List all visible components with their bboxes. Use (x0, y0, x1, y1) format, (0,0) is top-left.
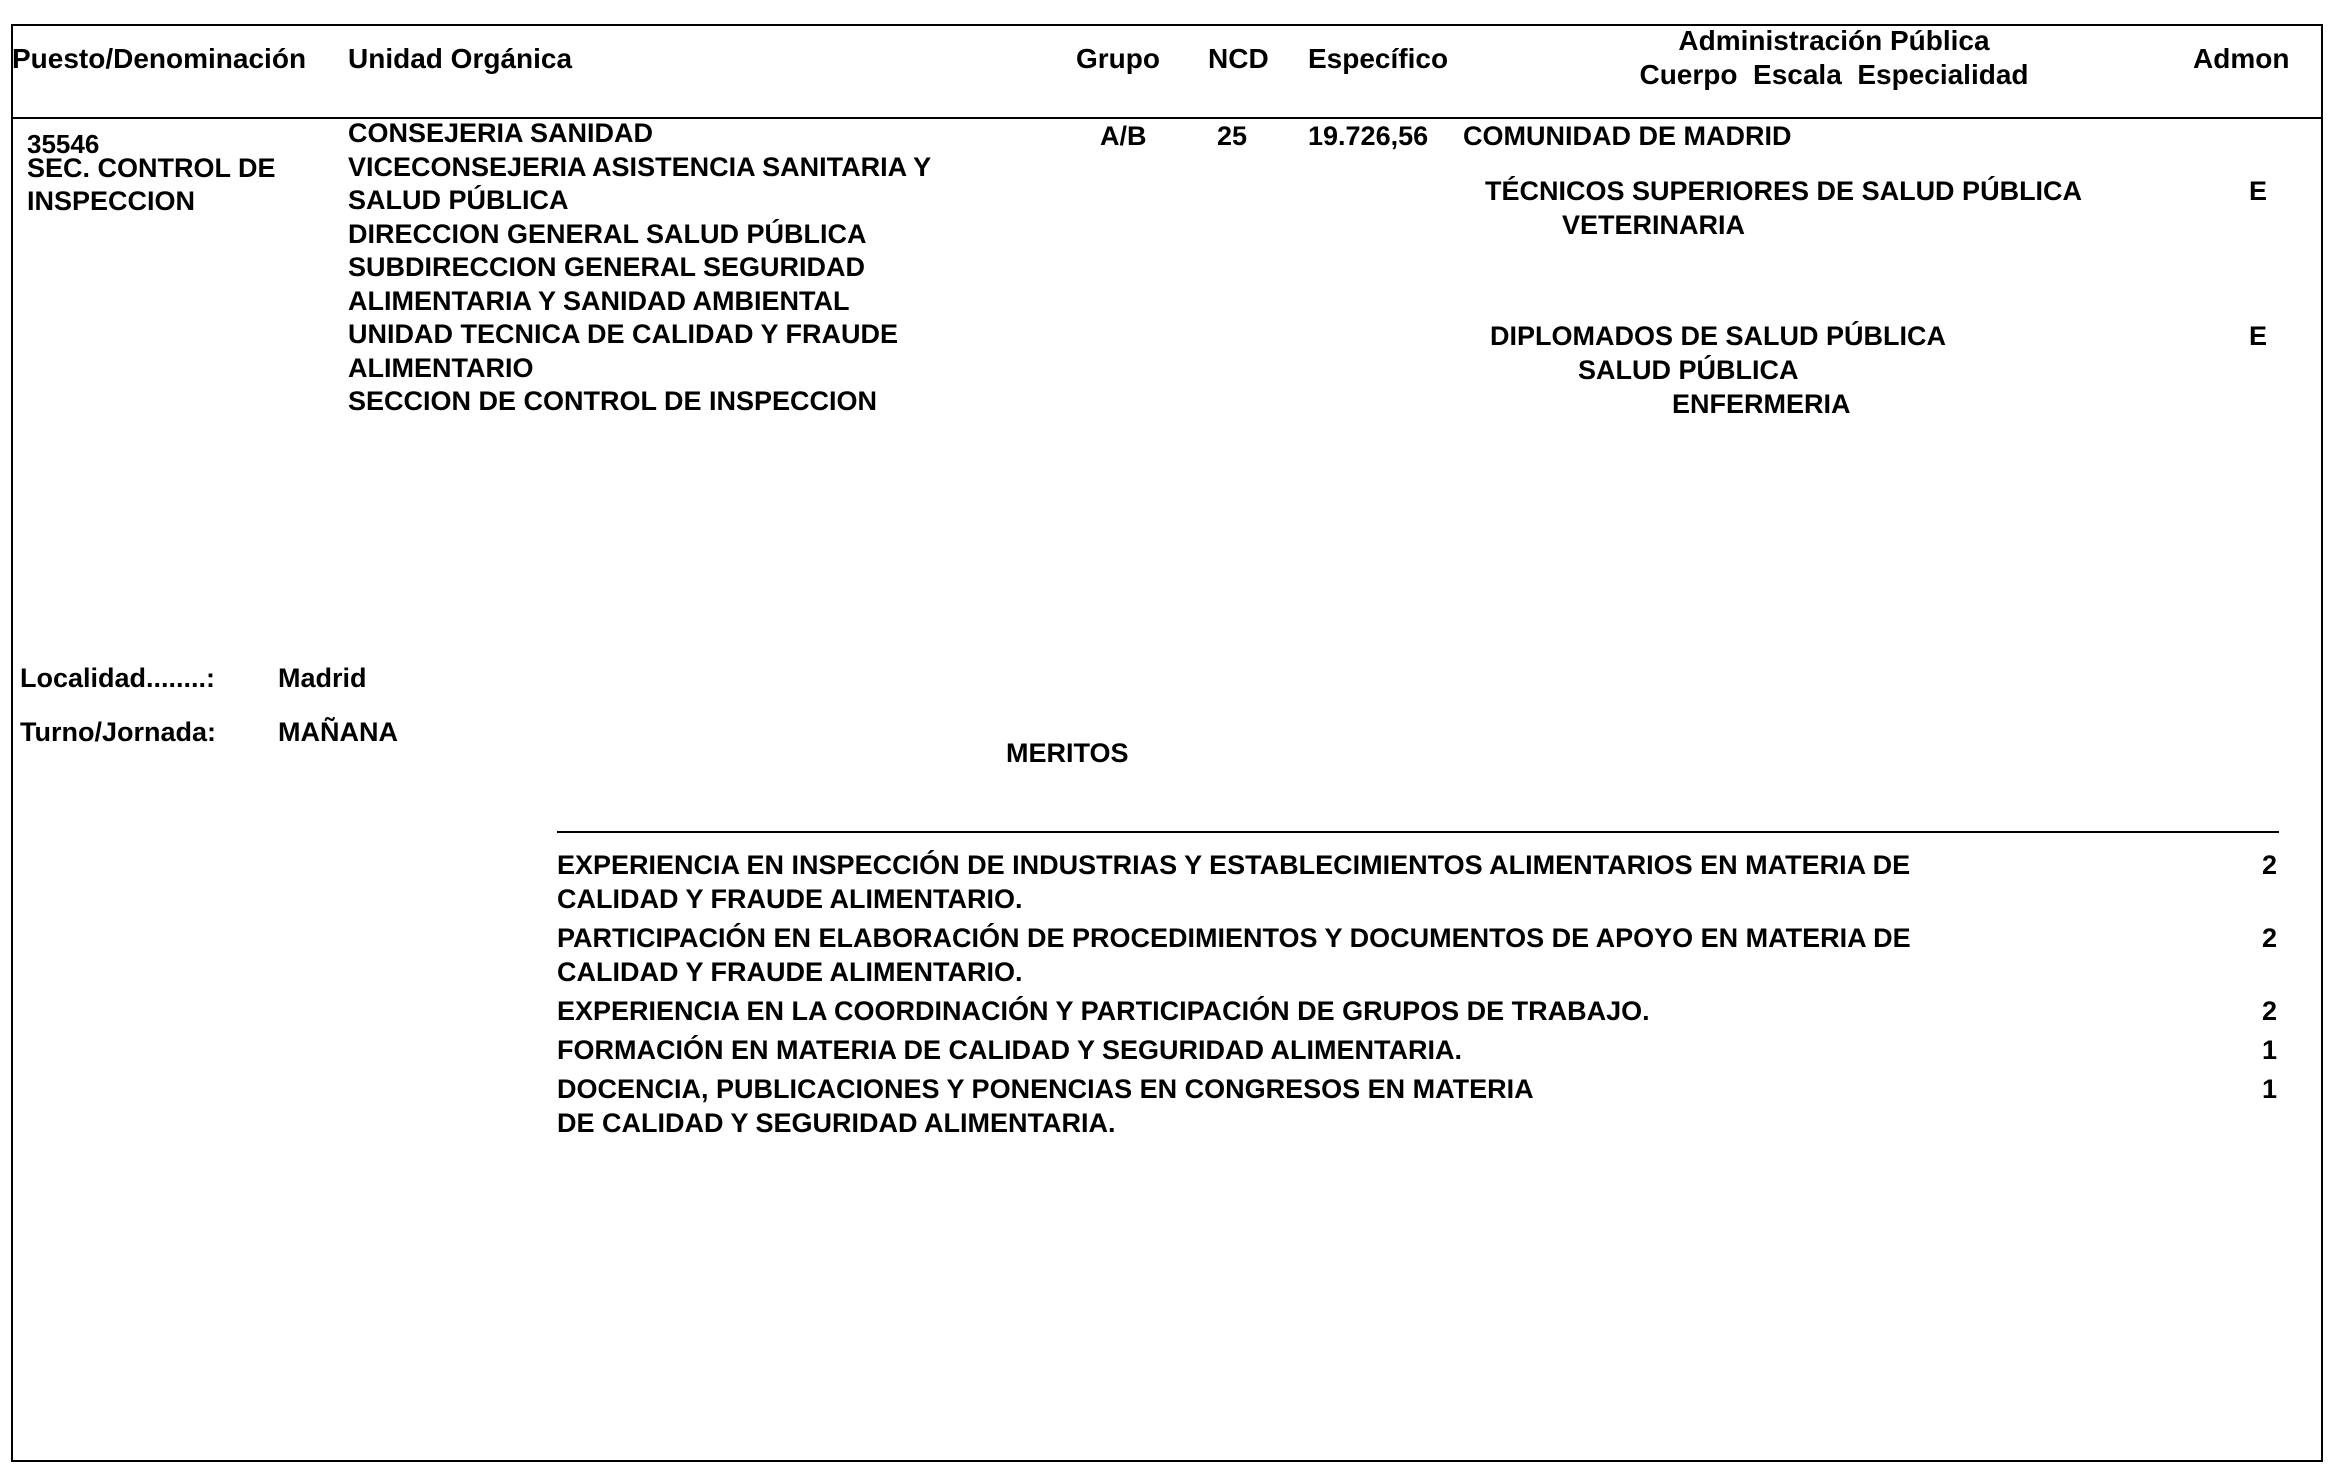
meritos-list: EXPERIENCIA EN INSPECCIÓN DE INDUSTRIAS … (557, 848, 2277, 1145)
header-especifico: Específico (1308, 45, 1448, 73)
merito-puntos: 1 (2247, 1033, 2277, 1067)
unidad-line: VICECONSEJERIA ASISTENCIA SANITARIA Y (348, 151, 931, 185)
merito-line: CALIDAD Y FRAUDE ALIMENTARIO. (557, 955, 1911, 989)
denominacion-line: INSPECCION (27, 185, 276, 218)
merito-line: FORMACIÓN EN MATERIA DE CALIDAD Y SEGURI… (557, 1033, 1462, 1067)
unidad-line: SECCION DE CONTROL DE INSPECCION (348, 385, 931, 419)
unidad-line: UNIDAD TECNICA DE CALIDAD Y FRAUDE (348, 318, 931, 352)
admon-1: E (2249, 178, 2267, 205)
header-admin-publica: Administración Pública (1534, 27, 2134, 55)
admon-2: E (2249, 323, 2267, 350)
header-ncd: NCD (1208, 45, 1269, 73)
merito-line: EXPERIENCIA EN LA COORDINACIÓN Y PARTICI… (557, 994, 1650, 1028)
merito-item: EXPERIENCIA EN INSPECCIÓN DE INDUSTRIAS … (557, 848, 2277, 916)
especialidad-2: ENFERMERIA (1672, 391, 1851, 418)
header-admon: Admon (2193, 45, 2289, 73)
merito-item: EXPERIENCIA EN LA COORDINACIÓN Y PARTICI… (557, 994, 2277, 1028)
unidad-line: ALIMENTARIA Y SANIDAD AMBIENTAL (348, 285, 931, 319)
meritos-title: MERITOS (1006, 740, 1129, 767)
merito-puntos: 2 (2247, 921, 2277, 989)
unidad-line: SUBDIRECCION GENERAL SEGURIDAD (348, 251, 931, 285)
localidad-value: Madrid (278, 665, 367, 692)
grupo-value: A/B (1100, 123, 1147, 150)
unidad-line: DIRECCION GENERAL SALUD PÚBLICA (348, 218, 931, 252)
cuerpo-2: DIPLOMADOS DE SALUD PÚBLICA (1490, 323, 1946, 350)
cuerpo-1: TÉCNICOS SUPERIORES DE SALUD PÚBLICA (1485, 178, 2082, 205)
meritos-divider (557, 831, 2279, 833)
administracion-value: COMUNIDAD DE MADRID (1463, 123, 1791, 150)
merito-line: CALIDAD Y FRAUDE ALIMENTARIO. (557, 882, 1910, 916)
unidad-line: ALIMENTARIO (348, 352, 931, 386)
puesto-denominacion: SEC. CONTROL DEINSPECCION (27, 152, 276, 218)
turno-value: MAÑANA (278, 719, 398, 746)
especifico-value: 19.726,56 (1308, 123, 1428, 150)
unidad-organica: CONSEJERIA SANIDADVICECONSEJERIA ASISTEN… (348, 117, 931, 419)
merito-line: EXPERIENCIA EN INSPECCIÓN DE INDUSTRIAS … (557, 848, 1910, 882)
merito-puntos: 2 (2247, 848, 2277, 916)
merito-line: DE CALIDAD Y SEGURIDAD ALIMENTARIA. (557, 1106, 1534, 1140)
ncd-value: 25 (1217, 123, 1247, 150)
merito-item: PARTICIPACIÓN EN ELABORACIÓN DE PROCEDIM… (557, 921, 2277, 989)
escala-1: VETERINARIA (1562, 212, 1745, 239)
merito-item: DOCENCIA, PUBLICACIONES Y PONENCIAS EN C… (557, 1072, 2277, 1140)
merito-text: DOCENCIA, PUBLICACIONES Y PONENCIAS EN C… (557, 1072, 1534, 1140)
merito-text: PARTICIPACIÓN EN ELABORACIÓN DE PROCEDIM… (557, 921, 1911, 989)
merito-text: FORMACIÓN EN MATERIA DE CALIDAD Y SEGURI… (557, 1033, 1462, 1067)
merito-text: EXPERIENCIA EN LA COORDINACIÓN Y PARTICI… (557, 994, 1650, 1028)
merito-puntos: 1 (2247, 1072, 2277, 1140)
turno-label: Turno/Jornada: (20, 719, 216, 746)
localidad-label: Localidad........: (20, 665, 215, 692)
escala-2: SALUD PÚBLICA (1578, 357, 1799, 384)
merito-item: FORMACIÓN EN MATERIA DE CALIDAD Y SEGURI… (557, 1033, 2277, 1067)
header-puesto: Puesto/Denominación (12, 45, 306, 73)
merito-puntos: 2 (2247, 994, 2277, 1028)
unidad-line: CONSEJERIA SANIDAD (348, 117, 931, 151)
merito-text: EXPERIENCIA EN INSPECCIÓN DE INDUSTRIAS … (557, 848, 1910, 916)
denominacion-line: SEC. CONTROL DE (27, 152, 276, 185)
unidad-line: SALUD PÚBLICA (348, 184, 931, 218)
header-grupo: Grupo (1076, 45, 1160, 73)
header-unidad: Unidad Orgánica (348, 45, 572, 73)
merito-line: PARTICIPACIÓN EN ELABORACIÓN DE PROCEDIM… (557, 921, 1911, 955)
merito-line: DOCENCIA, PUBLICACIONES Y PONENCIAS EN C… (557, 1072, 1534, 1106)
header-cuerpo-escala-especialidad: Cuerpo Escala Especialidad (1534, 61, 2134, 89)
